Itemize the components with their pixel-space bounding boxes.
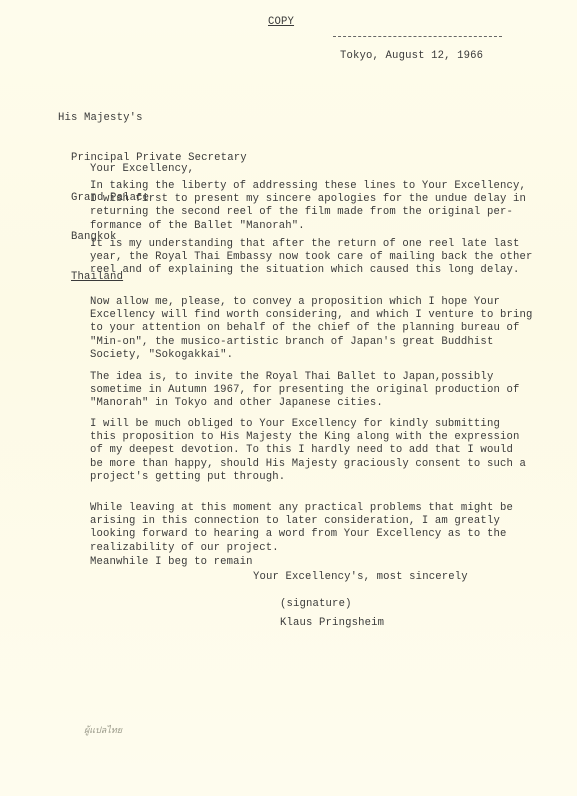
paragraph-request: I will be much obliged to Your Excellenc… [90, 418, 526, 484]
signer-name: Klaus Pringsheim [280, 617, 384, 630]
address-line: His Majesty's [58, 112, 247, 125]
closing-line: Your Excellency's, most sincerely [253, 571, 468, 584]
letter-page: COPY Tokyo, August 12, 1966 His Majesty'… [0, 0, 577, 796]
salutation: Your Excellency, [90, 163, 194, 176]
paragraph-embassy: It is my understanding that after the re… [90, 238, 533, 278]
paragraph-closing: While leaving at this moment any practic… [90, 502, 513, 555]
signature-placeholder: (signature) [280, 598, 352, 611]
copy-label: COPY [268, 16, 294, 29]
meanwhile-line: Meanwhile I beg to remain [90, 556, 253, 569]
paragraph-proposition: Now allow me, please, to convey a propos… [90, 296, 533, 362]
handwritten-note: ผู้แปลไทย [84, 723, 122, 737]
paragraph-apology: In taking the liberty of addressing thes… [90, 180, 526, 233]
paragraph-idea: The idea is, to invite the Royal Thai Ba… [90, 371, 519, 411]
date-line: Tokyo, August 12, 1966 [340, 50, 483, 63]
dashed-rule [333, 36, 502, 37]
